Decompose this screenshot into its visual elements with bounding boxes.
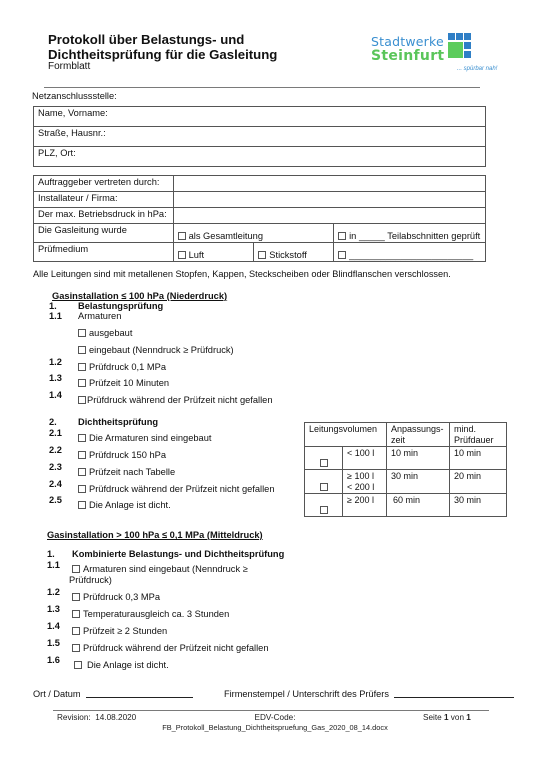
option-label-cont: Prüfdruck) xyxy=(69,575,248,586)
checkbox-icon[interactable] xyxy=(72,593,80,601)
logo-square-icon xyxy=(448,33,455,40)
section-number: 1. xyxy=(49,301,57,311)
netzanschluss-heading: Netzanschlussstelle: xyxy=(32,91,117,101)
anpassung-value: 10 min xyxy=(387,447,450,470)
item-number: 1.3 xyxy=(47,604,60,614)
option-label: Temperaturausgleich ca. 3 Stunden xyxy=(83,609,229,619)
option-label: Die Anlage ist dicht. xyxy=(87,660,169,670)
pruefzeit-tabelle-option[interactable]: Prüfzeit nach Tabelle xyxy=(78,467,175,477)
street-label: Straße, Hausnr.: xyxy=(38,128,106,138)
armaturen-label: Armaturen xyxy=(78,311,121,321)
section-number: 2. xyxy=(49,417,57,427)
item-number: 1.1 xyxy=(47,560,60,570)
option-label: Armaturen sind eingebaut (Nenndruck ≥ xyxy=(83,564,248,574)
betriebsdruck-label: Der max. Betriebsdruck in hPa: xyxy=(34,208,174,224)
option-label: Die Armaturen sind eingebaut xyxy=(89,433,212,443)
item-number: 2.3 xyxy=(49,462,62,472)
option-label: Prüfdruck 0,1 MPa xyxy=(89,362,166,372)
ort-datum-label: Ort / Datum xyxy=(33,689,80,699)
pruefdauer-value: 20 min xyxy=(450,470,507,494)
logo-tagline: ... spürbar nah! xyxy=(457,66,497,72)
belastungspruefung-title: Belastungsprüfung xyxy=(78,301,163,311)
logo-text-line2: Steinfurt xyxy=(371,48,444,64)
header-pruefdauer: mind. Prüfdauer xyxy=(450,423,507,447)
option-label: Die Anlage ist dicht. xyxy=(89,500,171,510)
option-label: Prüfdruck während der Prüfzeit nicht gef… xyxy=(87,395,273,405)
niederdruck-title: Gasinstallation ≤ 100 hPa (Niederdruck) xyxy=(52,291,227,301)
item-number: 1.6 xyxy=(47,655,60,665)
edv-code: FB_Protokoll_Belastung_Dichtheitspruefun… xyxy=(160,723,390,733)
checkbox-icon[interactable] xyxy=(78,363,86,371)
checkbox-icon[interactable] xyxy=(78,434,86,442)
edv-label: EDV-Code: xyxy=(160,713,390,723)
gesamtleitung-label: als Gesamtleitung xyxy=(189,231,263,241)
netzanschluss-table: Name, Vorname: Straße, Hausnr.: PLZ, Ort… xyxy=(33,106,486,167)
document-title: Protokoll über Belastungs- und Dichtheit… xyxy=(48,32,277,62)
installateur-field[interactable] xyxy=(173,192,485,208)
installateur-label: Installateur / Firma: xyxy=(34,192,174,208)
betriebsdruck-field[interactable] xyxy=(173,208,485,224)
checkbox-icon[interactable] xyxy=(78,451,86,459)
pruefdruck-option[interactable]: Prüfdruck 0,1 MPa xyxy=(78,362,166,372)
logo-square-icon xyxy=(464,51,471,58)
anpassung-value: 30 min xyxy=(387,470,450,494)
volume-value: ≥ 200 l xyxy=(343,494,387,517)
item-number: 1.4 xyxy=(49,390,62,400)
auftrag-table: Auftraggeber vertreten durch: Installate… xyxy=(33,175,486,262)
option-label: Prüfdruck 0,3 MPa xyxy=(83,592,160,602)
checkbox-icon[interactable] xyxy=(178,232,186,240)
pruefmedium-label: Prüfmedium xyxy=(34,243,174,262)
armaturen-nenndruck-option[interactable]: Armaturen sind eingebaut (Nenndruck ≥ Pr… xyxy=(72,564,248,586)
edv-code-block: EDV-Code: FB_Protokoll_Belastung_Dichthe… xyxy=(160,713,390,733)
header-divider xyxy=(44,87,480,88)
checkbox-icon[interactable] xyxy=(78,379,86,387)
page-current: 1 xyxy=(444,713,449,722)
unterschrift-label: Firmenstempel / Unterschrift des Prüfers xyxy=(224,689,389,699)
checkbox-icon[interactable] xyxy=(178,251,186,259)
unterschrift-field[interactable] xyxy=(394,689,514,698)
pruefzeit-2h-option[interactable]: Prüfzeit ≥ 2 Stunden xyxy=(72,626,167,636)
pruefdauer-value: 30 min xyxy=(450,494,507,517)
city-field[interactable]: PLZ, Ort: xyxy=(34,147,486,167)
luft-label: Luft xyxy=(189,250,205,260)
volume-value: < 100 l xyxy=(343,447,387,470)
item-number: 1.2 xyxy=(49,357,62,367)
ort-datum-field[interactable] xyxy=(86,689,193,698)
checkbox-icon[interactable] xyxy=(78,329,86,337)
street-field[interactable]: Straße, Hausnr.: xyxy=(34,127,486,147)
checkbox-icon[interactable] xyxy=(320,506,328,514)
other-medium-option[interactable]: ________________________ xyxy=(334,243,486,262)
option-label: eingebaut (Nenndruck ≥ Prüfdruck) xyxy=(89,345,234,355)
auftraggeber-label: Auftraggeber vertreten durch: xyxy=(34,176,174,192)
checkbox-icon[interactable] xyxy=(72,644,80,652)
ausgebaut-option[interactable]: ausgebaut xyxy=(78,328,132,338)
luft-option[interactable]: Luft xyxy=(173,243,254,262)
pruefdauer-value: 10 min xyxy=(450,447,507,470)
logo-square-icon xyxy=(464,33,471,40)
anpassung-value: 60 min xyxy=(387,494,450,517)
header-anpassungszeit: Anpassungs- zeit xyxy=(387,423,450,447)
druck-gefallen-2-option[interactable]: Prüfdruck während der Prüfzeit nicht gef… xyxy=(78,484,275,494)
volume-checkbox-cell[interactable] xyxy=(305,470,343,494)
kombinierte-pruefung-title: Kombinierte Belastungs- und Dichtheitspr… xyxy=(72,549,284,559)
logo-green-block-icon xyxy=(448,42,463,58)
revision-label: Revision: xyxy=(57,713,91,722)
logo-text-line1: Stadtwerke xyxy=(371,34,444,49)
teilabschnitte-count-field[interactable]: _____ xyxy=(359,231,385,241)
option-label: Prüfdruck während der Prüfzeit nicht gef… xyxy=(83,643,269,653)
name-field[interactable]: Name, Vorname: xyxy=(34,107,486,127)
checkbox-icon[interactable] xyxy=(72,565,80,573)
gesamtleitung-option[interactable]: als Gesamtleitung xyxy=(173,224,334,243)
option-label: Prüfzeit ≥ 2 Stunden xyxy=(83,626,167,636)
checkbox-icon[interactable] xyxy=(338,232,346,240)
stadtwerke-logo: Stadtwerke Steinfurt ... spürbar nah! xyxy=(371,32,501,82)
checkbox-icon[interactable] xyxy=(74,661,82,669)
stickstoff-label: Stickstoff xyxy=(269,250,307,260)
armaturen-eingebaut-option[interactable]: Die Armaturen sind eingebaut xyxy=(78,433,212,443)
option-label: Prüfdruck 150 hPa xyxy=(89,450,166,460)
volume-checkbox-cell[interactable] xyxy=(305,494,343,517)
page-total: 1 xyxy=(466,713,471,722)
anlage-dicht-option[interactable]: Die Anlage ist dicht. xyxy=(78,500,171,510)
title-line-1: Protokoll über Belastungs- und xyxy=(48,32,277,47)
leitungsvolumen-table: Leitungsvolumen Anpassungs- zeit mind. P… xyxy=(304,422,507,517)
stickstoff-option[interactable]: Stickstoff xyxy=(254,243,334,262)
unterschrift-row: Firmenstempel / Unterschrift des Prüfers xyxy=(224,689,514,699)
auftraggeber-field[interactable] xyxy=(173,176,485,192)
item-number: 2.5 xyxy=(49,495,62,505)
checkbox-icon[interactable] xyxy=(78,468,86,476)
checkbox-icon[interactable] xyxy=(78,501,86,509)
page-number: Seite 1 von 1 xyxy=(423,713,471,722)
checkbox-icon[interactable] xyxy=(72,627,80,635)
option-label: Prüfdruck während der Prüfzeit nicht gef… xyxy=(89,484,275,494)
item-number: 1.5 xyxy=(47,638,60,648)
pruefdruck-03-option[interactable]: Prüfdruck 0,3 MPa xyxy=(72,592,160,602)
revision-date: 14.08.2020 xyxy=(95,713,136,722)
logo-square-icon xyxy=(464,42,471,49)
checkbox-icon[interactable] xyxy=(72,610,80,618)
anlage-dicht-m-option[interactable]: Die Anlage ist dicht. xyxy=(72,660,169,670)
option-label: ausgebaut xyxy=(89,328,132,338)
checkbox-icon[interactable] xyxy=(258,251,266,259)
item-number: 2.4 xyxy=(49,479,62,489)
name-label: Name, Vorname: xyxy=(38,108,108,118)
druck-gefallen-m-option[interactable]: Prüfdruck während der Prüfzeit nicht gef… xyxy=(72,643,269,653)
druck-nicht-gefallen-option[interactable]: Prüfdruck während der Prüfzeit nicht gef… xyxy=(78,395,273,405)
teilabschnitte-suffix: Teilabschnitten geprüft xyxy=(387,231,480,241)
option-label: Prüfzeit nach Tabelle xyxy=(89,467,175,477)
pruefzeit-option[interactable]: Prüfzeit 10 Minuten xyxy=(78,378,169,388)
eingebaut-option[interactable]: eingebaut (Nenndruck ≥ Prüfdruck) xyxy=(78,345,234,355)
header-leitungsvolumen: Leitungsvolumen xyxy=(305,423,387,447)
mitteldruck-title: Gasinstallation > 100 hPa ≤ 0,1 MPa (Mit… xyxy=(47,530,263,540)
revision: Revision: 14.08.2020 xyxy=(57,713,136,722)
closure-note: Alle Leitungen sind mit metallenen Stopf… xyxy=(33,269,451,279)
option-label: Prüfzeit 10 Minuten xyxy=(89,378,169,388)
page-mid: von xyxy=(451,713,464,722)
teilabschnitte-prefix: in xyxy=(349,231,356,241)
item-number: 2.1 xyxy=(49,428,62,438)
checkbox-icon[interactable] xyxy=(78,485,86,493)
checkbox-icon[interactable] xyxy=(320,459,328,467)
volume-value: ≥ 100 l < 200 l xyxy=(343,470,387,494)
other-medium-field[interactable]: ________________________ xyxy=(349,250,473,260)
item-number: 1.4 xyxy=(47,621,60,631)
section-number: 1. xyxy=(47,549,55,559)
checkbox-icon[interactable] xyxy=(320,483,328,491)
footer-divider xyxy=(53,710,489,711)
logo-square-icon xyxy=(456,33,463,40)
document-subtitle: Formblatt xyxy=(48,61,90,72)
city-label: PLZ, Ort: xyxy=(38,148,76,158)
checkbox-icon[interactable] xyxy=(78,346,86,354)
item-number: 1.2 xyxy=(47,587,60,597)
volume-checkbox-cell[interactable] xyxy=(305,447,343,470)
item-number: 2.2 xyxy=(49,445,62,455)
page-prefix: Seite xyxy=(423,713,442,722)
title-line-2: Dichtheitsprüfung für die Gasleitung xyxy=(48,47,277,62)
temperaturausgleich-option[interactable]: Temperaturausgleich ca. 3 Stunden xyxy=(72,609,229,619)
ort-datum-row: Ort / Datum xyxy=(33,689,193,699)
pruefdruck-150-option[interactable]: Prüfdruck 150 hPa xyxy=(78,450,166,460)
checkbox-icon[interactable] xyxy=(338,251,346,259)
gasleitung-label: Die Gasleitung wurde xyxy=(34,224,174,243)
item-number: 1.1 xyxy=(49,311,62,321)
dichtheitspruefung-title: Dichtheitsprüfung xyxy=(78,417,158,427)
checkbox-icon[interactable] xyxy=(78,396,86,404)
teilabschnitte-option[interactable]: in _____ Teilabschnitten geprüft xyxy=(334,224,486,243)
item-number: 1.3 xyxy=(49,373,62,383)
